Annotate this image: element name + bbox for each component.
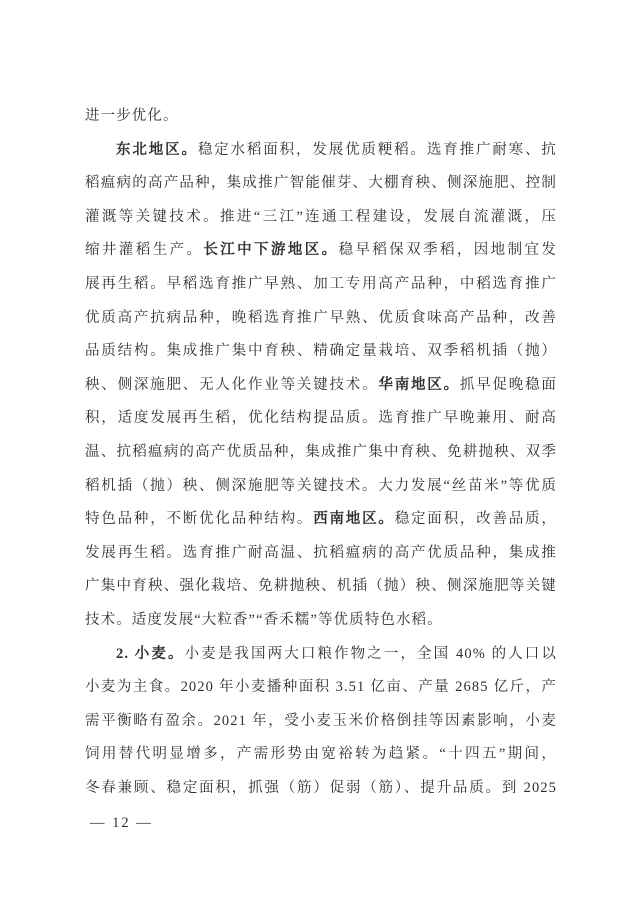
text-segment: 抓早促晚稳面 — [460, 377, 557, 393]
body-text: 进一步优化。东北地区。稳定水稻面积，发展优质粳稻。选育推广耐寒、抗稻瘟病的高产品… — [85, 100, 557, 805]
text-segment: 饲用替代明显增多，产需形势由宽裕转为趋紧。“十四五”期间， — [85, 746, 557, 762]
text-line: 进一步优化。 — [85, 100, 557, 134]
text-segment: 品质结构。集成推广集中育秧、精确定量栽培、双季稻机插（抛） — [85, 343, 557, 359]
section-heading: 华南地区。 — [378, 377, 460, 393]
text-segment: 稳定面积，改善品质， — [395, 511, 557, 527]
text-line: 东北地区。稳定水稻面积，发展优质粳稻。选育推广耐寒、抗 — [85, 134, 557, 168]
text-line: 冬春兼顾、稳定面积，抓强（筋）促弱（筋）、提升品质。到 2025 年， — [85, 772, 557, 806]
text-line: 小麦为主食。2020 年小麦播种面积 3.51 亿亩、产量 2685 亿斤，产 — [85, 671, 557, 705]
text-line: 稻瘟病的高产品种，集成推广智能催芽、大棚育秧、侧深施肥、控制 — [85, 167, 557, 201]
text-line: 技术。适度发展“大粒香”“香禾糯”等优质特色水稻。 — [85, 604, 557, 638]
text-segment: 秧、侧深施肥、无人化作业等关键技术。 — [85, 377, 378, 393]
text-segment: 灌溉等关键技术。推进“三江”连通工程建设，发展自流灌溉，压 — [85, 209, 557, 225]
text-line: 发展再生稻。选育推广耐高温、抗稻瘟病的高产优质品种，集成推 — [85, 537, 557, 571]
text-line: 稻机插（抛）秧、侧深施肥等关键技术。大力发展“丝苗米”等优质 — [85, 470, 557, 504]
text-line: 优质高产抗病品种，晚稻选育推广早熟、优质食味高产品种，改善 — [85, 302, 557, 336]
text-line: 特色品种，不断优化品种结构。西南地区。稳定面积，改善品质， — [85, 503, 557, 537]
section-heading: 西南地区。 — [313, 511, 395, 527]
section-heading: 东北地区。 — [116, 142, 198, 158]
text-segment: 展再生稻。早稻选育推广早熟、加工专用高产品种，中稻选育推广 — [85, 276, 557, 292]
text-line: 需平衡略有盈余。2021 年，受小麦玉米价格倒挂等因素影响，小麦 — [85, 705, 557, 739]
page-number: — 12 — — [90, 813, 153, 833]
text-segment: 小麦为主食。2020 年小麦播种面积 3.51 亿亩、产量 2685 亿斤，产 — [85, 679, 557, 695]
text-segment: 优质高产抗病品种，晚稻选育推广早熟、优质食味高产品种，改善 — [85, 310, 557, 326]
text-line: 温、抗稻瘟病的高产优质品种，集成推广集中育秧、免耕抛秧、双季 — [85, 436, 557, 470]
text-line: 品质结构。集成推广集中育秧、精确定量栽培、双季稻机插（抛） — [85, 335, 557, 369]
text-line: 积，适度发展再生稻，优化结构提品质。选育推广早晚兼用、耐高 — [85, 402, 557, 436]
text-line: 秧、侧深施肥、无人化作业等关键技术。华南地区。抓早促晚稳面 — [85, 369, 557, 403]
text-segment: 发展再生稻。选育推广耐高温、抗稻瘟病的高产优质品种，集成推 — [85, 545, 557, 561]
text-segment: 技术。适度发展“大粒香”“香禾糯”等优质特色水稻。 — [85, 612, 443, 628]
text-line: 缩井灌稻生产。长江中下游地区。稳早稻保双季稻，因地制宜发 — [85, 234, 557, 268]
text-segment: 缩井灌稻生产。 — [85, 242, 203, 258]
text-segment: 稻机插（抛）秧、侧深施肥等关键技术。大力发展“丝苗米”等优质 — [85, 478, 557, 494]
text-line: 饲用替代明显增多，产需形势由宽裕转为趋紧。“十四五”期间， — [85, 738, 557, 772]
text-segment: 稳定水稻面积，发展优质粳稻。选育推广耐寒、抗 — [198, 142, 557, 158]
text-segment: 冬春兼顾、稳定面积，抓强（筋）促弱（筋）、提升品质。到 2025 年， — [85, 780, 557, 806]
text-line: 灌溉等关键技术。推进“三江”连通工程建设，发展自流灌溉，压 — [85, 201, 557, 235]
text-segment: 温、抗稻瘟病的高产优质品种，集成推广集中育秧、免耕抛秧、双季 — [85, 444, 557, 460]
text-segment: 进一步优化。 — [85, 108, 179, 124]
text-line: 广集中育秧、强化栽培、免耕抛秧、机插（抛）秧、侧深施肥等关键 — [85, 570, 557, 604]
text-segment: 特色品种，不断优化品种结构。 — [85, 511, 313, 527]
text-segment: 需平衡略有盈余。2021 年，受小麦玉米价格倒挂等因素影响，小麦 — [85, 713, 557, 729]
section-heading: 2. 小麦。 — [116, 646, 185, 662]
text-segment: 稻瘟病的高产品种，集成推广智能催芽、大棚育秧、侧深施肥、控制 — [85, 175, 557, 191]
text-line: 展再生稻。早稻选育推广早熟、加工专用高产品种，中稻选育推广 — [85, 268, 557, 302]
document-page: 进一步优化。东北地区。稳定水稻面积，发展优质粳稻。选育推广耐寒、抗稻瘟病的高产品… — [0, 0, 641, 907]
text-segment: 小麦是我国两大口粮作物之一，全国 40% 的人口以 — [185, 646, 557, 662]
text-line: 2. 小麦。小麦是我国两大口粮作物之一，全国 40% 的人口以 — [85, 638, 557, 672]
section-heading: 长江中下游地区。 — [203, 242, 338, 258]
text-segment: 稳早稻保双季稻，因地制宜发 — [339, 242, 557, 258]
text-segment: 广集中育秧、强化栽培、免耕抛秧、机插（抛）秧、侧深施肥等关键 — [85, 578, 557, 594]
text-segment: 积，适度发展再生稻，优化结构提品质。选育推广早晚兼用、耐高 — [85, 410, 557, 426]
